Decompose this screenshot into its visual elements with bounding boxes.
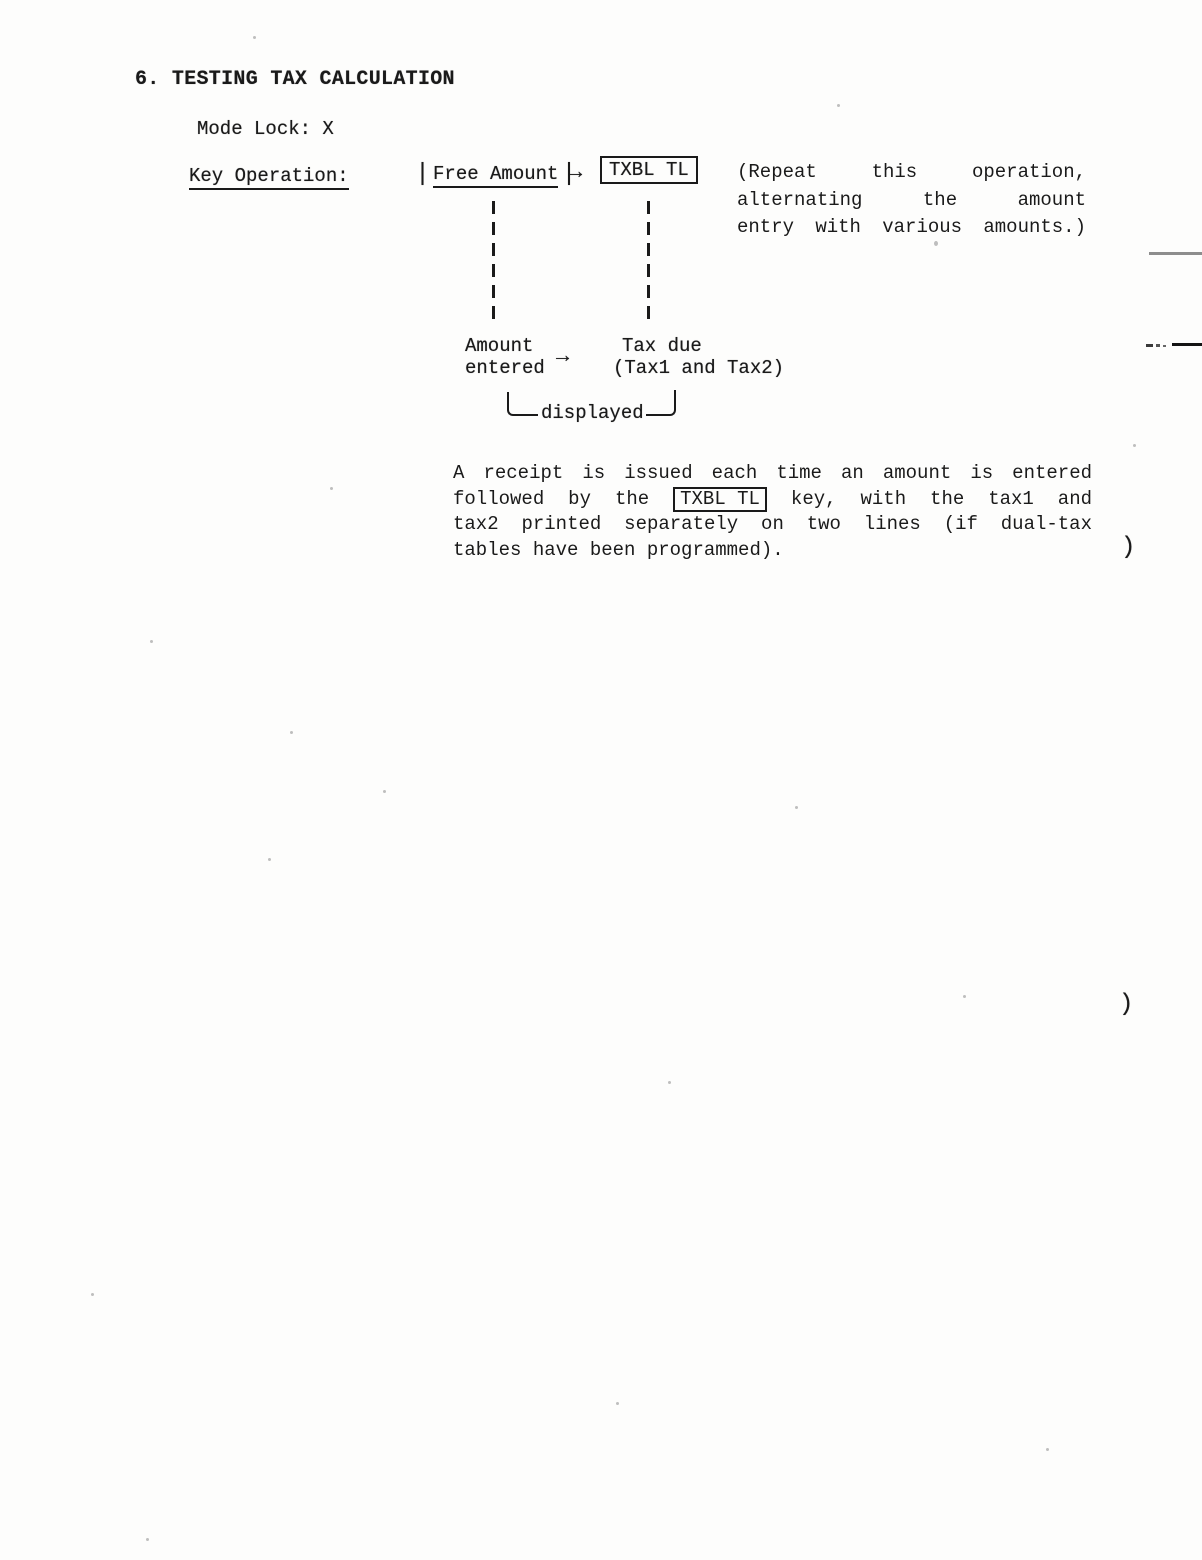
paragraph-line-1: A receipt is issued each time an amount …	[453, 461, 1092, 487]
scan-artifact-dash	[1146, 344, 1153, 347]
repeat-note-line: entry with various amounts.)	[737, 214, 1086, 242]
scan-speck	[1133, 444, 1136, 447]
scan-speck	[146, 1538, 149, 1541]
receipt-paragraph: A receipt is issued each time an amount …	[453, 461, 1092, 563]
scan-speck	[934, 241, 938, 246]
repeat-note-line: alternating the amount	[737, 187, 1086, 215]
scan-speck	[1046, 1448, 1049, 1451]
amount-entered-label-line2: entered	[465, 357, 545, 379]
tax-due-label-line1: Tax due	[622, 335, 702, 357]
flow-arrow-icon: →	[569, 160, 582, 185]
txbl-tl-inline-keycap: TXBL TL	[673, 487, 767, 512]
scanned-manual-page: 6. TESTING TAX CALCULATION Mode Lock: X …	[0, 0, 1202, 1560]
scan-artifact-line	[1149, 252, 1202, 255]
mode-lock-text: Mode Lock: X	[197, 118, 334, 140]
paragraph-line-4: tables have been programmed).	[453, 538, 1092, 564]
txbl-tl-keycap: TXBL TL	[600, 156, 698, 184]
scan-speck	[837, 104, 840, 107]
dashed-connector-left	[492, 201, 495, 320]
scan-artifact-line	[1172, 343, 1202, 346]
scan-speck	[290, 731, 293, 734]
scan-speck	[668, 1081, 671, 1084]
repeat-note-line: (Repeat this operation,	[737, 159, 1086, 187]
scan-artifact-dash	[1163, 345, 1166, 347]
amount-entered-label-line1: Amount	[465, 335, 533, 357]
scan-speck	[268, 858, 271, 861]
txbl-tl-keycap-wrap: TXBL TL	[600, 156, 698, 184]
paragraph-line-3: tax2 printed separately on two lines (if…	[453, 512, 1092, 538]
scan-artifact-paren: )	[1119, 991, 1133, 1018]
scan-speck	[795, 806, 798, 809]
paragraph-line2-after: key, with the tax1 and	[791, 488, 1092, 510]
key-operation-underlined-text: Key Operation:	[189, 165, 349, 190]
scan-speck	[330, 487, 333, 490]
free-amount-entry: | Free Amount |	[412, 163, 579, 188]
scan-speck	[150, 640, 153, 643]
scan-speck	[616, 1402, 619, 1405]
free-amount-label: Free Amount	[433, 163, 558, 188]
repeat-note: (Repeat this operation, alternating the …	[737, 159, 1086, 242]
key-operation-label: Key Operation:	[189, 165, 349, 187]
left-delimiter-bar: |	[415, 163, 430, 185]
tax-due-label-line2: (Tax1 and Tax2)	[613, 357, 784, 379]
scan-artifact-dash	[1156, 344, 1160, 347]
scan-speck	[253, 36, 256, 39]
scan-speck	[963, 995, 966, 998]
section-title: 6. TESTING TAX CALCULATION	[135, 68, 455, 91]
paragraph-line-2: followed by the TXBL TL key, with the ta…	[453, 487, 1092, 513]
scan-artifact-paren: )	[1121, 534, 1135, 561]
displayed-label: displayed	[539, 402, 646, 424]
paragraph-line2-before: followed by the	[453, 488, 649, 510]
displayed-bracket-left	[507, 392, 538, 416]
result-arrow-icon: →	[556, 344, 569, 369]
scan-speck	[91, 1293, 94, 1296]
scan-speck	[383, 790, 386, 793]
displayed-bracket-right	[645, 390, 676, 416]
dashed-connector-right	[647, 201, 650, 320]
